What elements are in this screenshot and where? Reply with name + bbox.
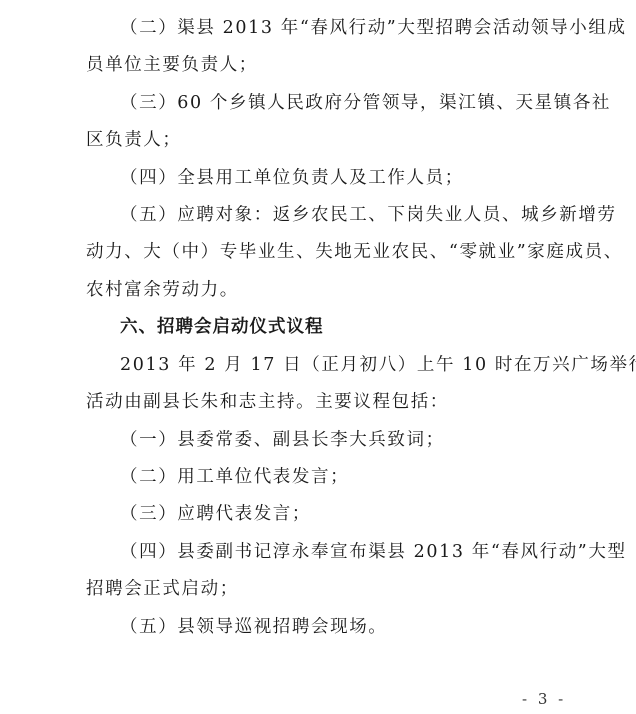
page-number: - 3 -: [522, 690, 566, 708]
document-page-lower: [0, 0, 636, 714]
